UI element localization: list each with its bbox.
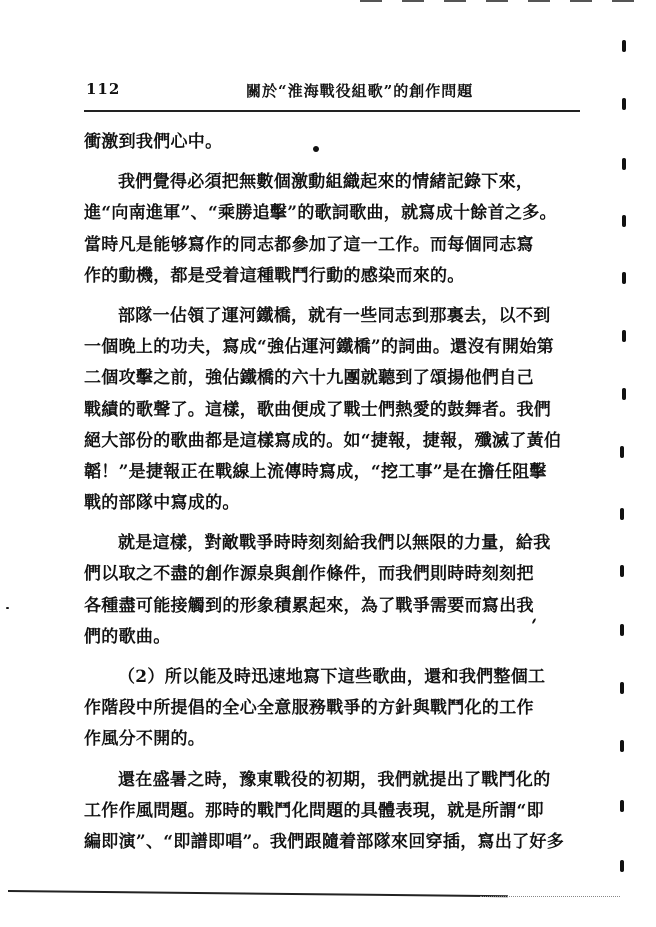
text-line: 作的動機，都是受着這種戰鬥行動的感染而來的。 [84, 261, 570, 292]
binding-marks [618, 0, 628, 927]
page-number: 112 [86, 80, 120, 98]
text-line: 作階段中所提倡的全心全意服務戰爭的方針與戰鬥化的工作 [84, 693, 570, 724]
text-line: 還在盛暑之時，豫東戰役的初期，我們就提出了戰鬥化的 [84, 765, 570, 796]
binding-hole-mark [620, 446, 624, 458]
binding-hole-mark [622, 272, 626, 284]
binding-hole-mark [620, 740, 624, 752]
text-line: 一個晚上的功夫，寫成“強佔運河鐵橋”的詞曲。還沒有開始第 [84, 332, 570, 363]
binding-hole-mark [620, 565, 624, 577]
text-line: 我們覺得必須把無數個激動組織起來的情緒記錄下來， [84, 167, 570, 198]
text-line: 二個攻擊之前，強佔鐵橋的六十九團就聽到了頌揚他們自己 [84, 363, 570, 394]
binding-hole-mark [620, 800, 624, 812]
scan-mark [402, 0, 424, 2]
bottom-rule [8, 890, 508, 897]
text-line: 戰的部隊中寫成的。 [84, 488, 570, 519]
text-line: 就是這樣，對敵戰爭時時刻刻給我們以無限的力量，給我 [84, 528, 570, 559]
ink-speck [6, 607, 9, 609]
text-line: 工作作風問題。那時的戰鬥化問題的具體表現，就是所謂“即 [84, 796, 570, 827]
bottom-rule-faint [480, 896, 620, 898]
scan-mark [486, 0, 508, 2]
binding-hole-mark [620, 624, 624, 636]
text-line: 絕大部份的歌曲都是這樣寫成的。如“捷報，捷報，殲滅了黃伯 [84, 426, 570, 457]
scan-mark [528, 0, 550, 2]
top-scan-marks [360, 0, 656, 8]
binding-hole-mark [622, 330, 626, 342]
binding-hole-mark [622, 215, 626, 227]
text-line: 們以取之不盡的創作源泉與創作條件，而我們則時時刻刻把 [84, 559, 570, 590]
body-text: 衝激到我們心中。我們覺得必須把無數個激動組織起來的情緒記錄下來，進“向南進軍”、… [84, 127, 570, 858]
text-line: 們的歌曲。 [84, 622, 570, 653]
binding-hole-mark [622, 158, 626, 170]
ink-speck [313, 146, 319, 152]
text-line: 部隊一佔領了運河鐵橋，就有一些同志到那裏去，以不到 [84, 301, 570, 332]
text-line: 各種盡可能接觸到的形象積累起來，為了戰爭需要而寫出我 [84, 591, 570, 622]
binding-hole-mark [622, 40, 626, 52]
text-line: 戰績的歌聲了。這樣，歌曲便成了戰士們熱愛的鼓舞者。我們 [84, 395, 570, 426]
text-line: （2）所以能及時迅速地寫下這些歌曲，還和我們整個工 [84, 662, 570, 693]
binding-hole-mark [620, 682, 624, 694]
scan-mark [360, 0, 382, 2]
page-header: 112 關於“淮海戰役組歌”的創作問題 [86, 80, 576, 102]
text-line: 衝激到我們心中。 [84, 127, 570, 158]
text-line: 作風分不開的。 [84, 724, 570, 755]
header-rule [84, 110, 580, 112]
text-line: 編即演”、“即譜即唱”。我們跟隨着部隊來回穿插，寫出了好多 [84, 827, 570, 858]
text-line: 進“向南進軍”、“乘勝追擊”的歌詞歌曲，就寫成十餘首之多。 [84, 198, 570, 229]
running-title: 關於“淮海戰役組歌”的創作問題 [246, 80, 473, 101]
scan-mark [444, 0, 466, 2]
binding-hole-mark [620, 508, 624, 520]
scan-mark [570, 0, 592, 2]
binding-hole-mark [620, 860, 624, 872]
binding-hole-mark [622, 388, 626, 400]
binding-hole-mark [622, 98, 626, 110]
text-line: 韜！”是捷報正在戰線上流傳時寫成，“挖工事”是在擔任阻擊 [84, 457, 570, 488]
text-line: 當時凡是能够寫作的同志都參加了這一工作。而每個同志寫 [84, 230, 570, 261]
